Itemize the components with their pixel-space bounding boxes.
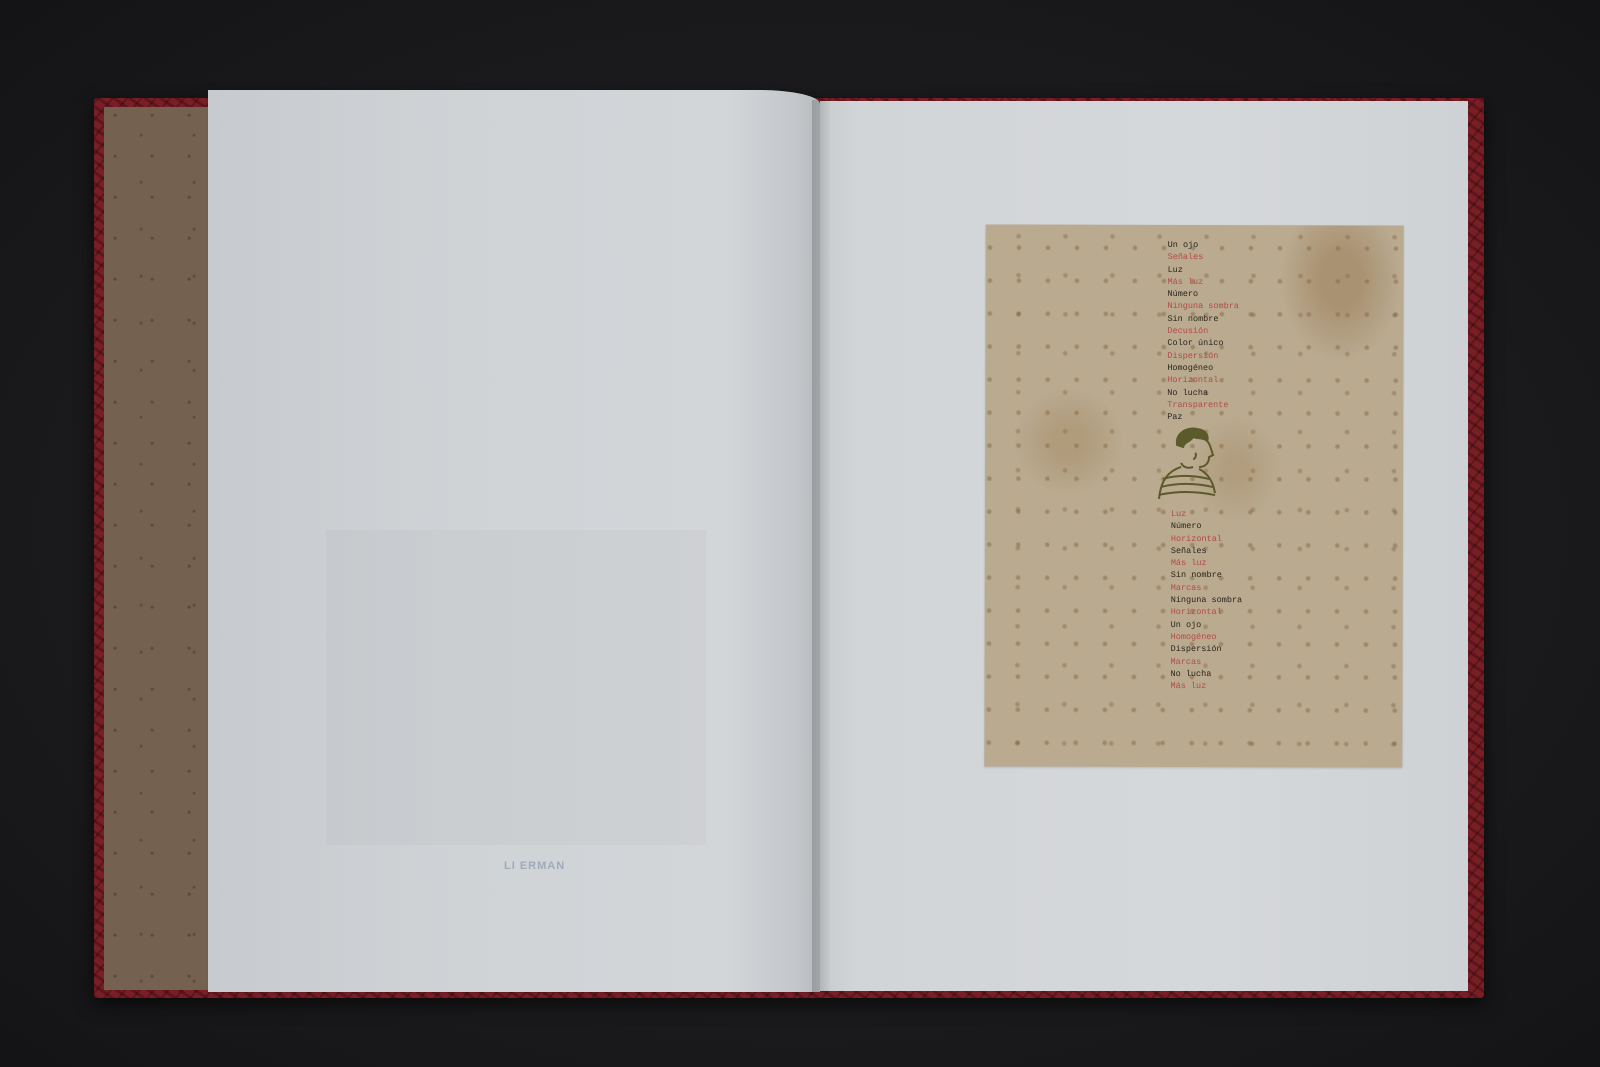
book-gutter — [812, 100, 830, 992]
poem-line: No lucha — [1171, 668, 1242, 680]
poem-line: Homogéneo — [1167, 362, 1238, 374]
poem-line: Transparente — [1167, 399, 1238, 411]
poem-line: Señales — [1168, 251, 1239, 263]
boy-illustration-icon — [1153, 423, 1225, 503]
poem-line: Color único — [1167, 337, 1238, 349]
poem-line: Homogéneo — [1171, 631, 1242, 643]
poem-line: Ninguna sombra — [1171, 594, 1242, 606]
poem-line: Horizontal — [1171, 533, 1242, 545]
poem-line: Número — [1168, 288, 1239, 300]
poem-line: Luz — [1168, 264, 1239, 276]
poem-line: Horizontal — [1167, 374, 1238, 386]
poem-line: Paz — [1167, 411, 1238, 423]
poem-line: Dispersión — [1167, 350, 1238, 362]
poem-line: Luz — [1171, 508, 1242, 520]
poem-line: Ninguna sombra — [1167, 300, 1238, 312]
poem-line: No lucha — [1167, 386, 1238, 398]
poem-line: Dispersión — [1171, 643, 1242, 655]
poem-top-stanza: Un ojoSeñalesLuzMás luzNúmeroNinguna som… — [1167, 239, 1239, 424]
show-through-mark: LI ERMAN — [504, 860, 565, 872]
typewritten-insert-sheet: Un ojoSeñalesLuzMás luzNúmeroNinguna som… — [984, 224, 1403, 767]
left-page: LI ERMAN — [208, 90, 820, 992]
poem-line: Sin nombre — [1167, 313, 1238, 325]
poem-line: Marcas — [1171, 582, 1242, 594]
poem-bottom-stanza: LuzNúmeroHorizontalSeñalesMás luzSin nom… — [1170, 508, 1242, 693]
poem-line: Un ojo — [1171, 619, 1242, 631]
poem-line: Sin nombre — [1171, 569, 1242, 581]
poem-line: Horizontal — [1171, 606, 1242, 618]
poem-line: Número — [1171, 520, 1242, 532]
poem-line: Decusión — [1167, 325, 1238, 337]
poem-line: Más luz — [1170, 680, 1241, 692]
poem-line: Marcas — [1171, 656, 1242, 668]
show-through-image — [326, 530, 706, 845]
poem-line: Más luz — [1171, 557, 1242, 569]
kraft-endpaper — [104, 107, 222, 990]
poem-line: Señales — [1171, 545, 1242, 557]
poem-line: Más luz — [1168, 276, 1239, 288]
poem-line: Un ojo — [1168, 239, 1239, 251]
